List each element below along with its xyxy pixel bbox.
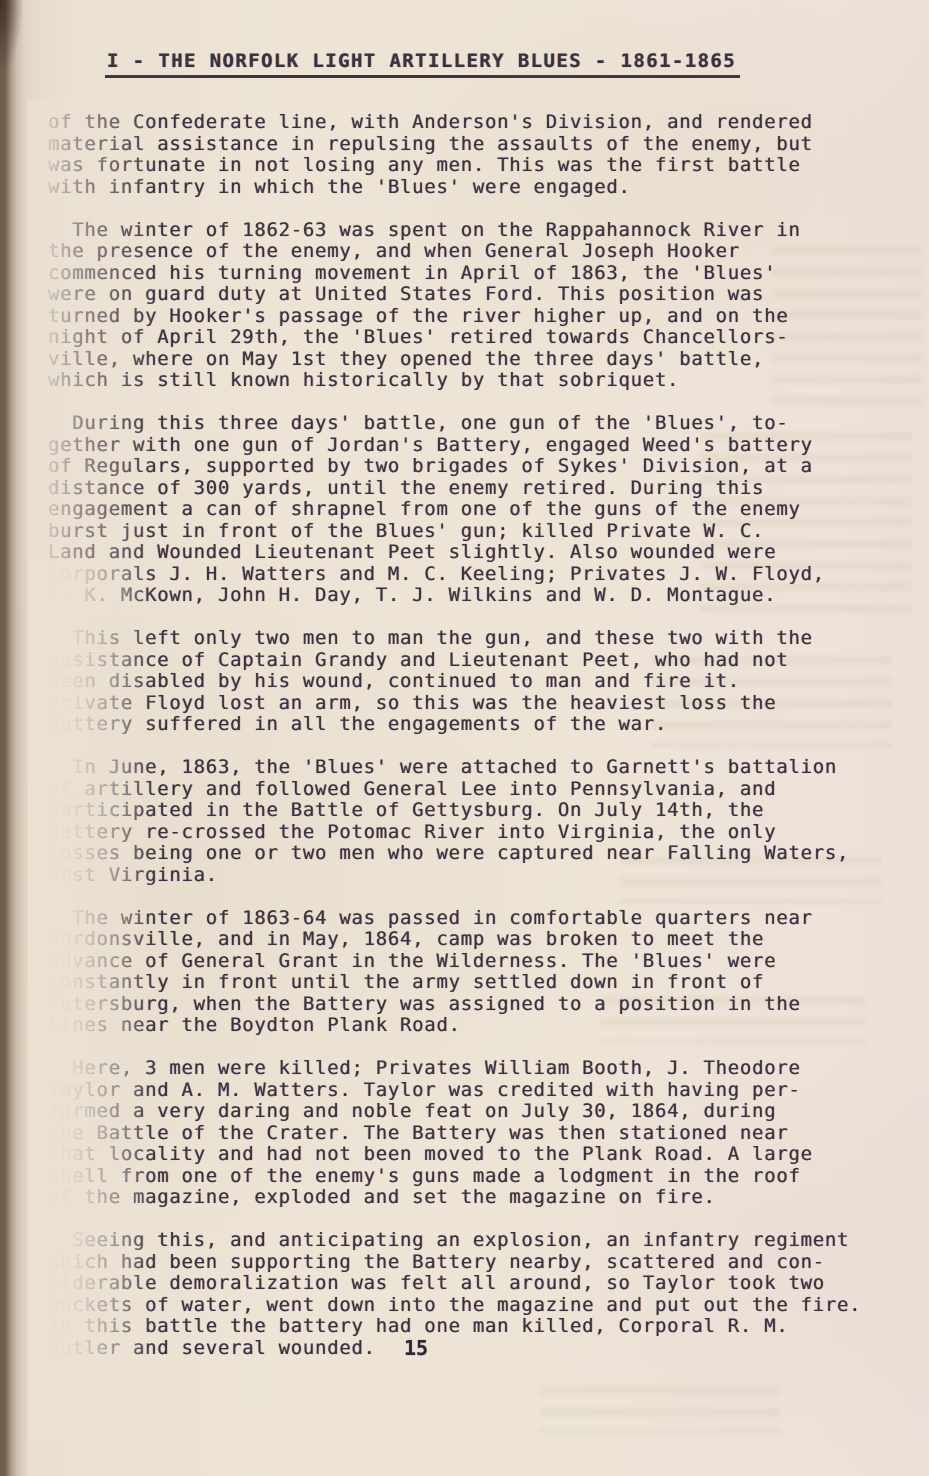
body-paragraph: This left only two men to man the gun, a…: [48, 628, 896, 736]
bleedthrough-smudge: [540, 1386, 780, 1434]
page-number: 15: [404, 1336, 428, 1360]
page-edge-shadow: [0, 0, 26, 1476]
body-paragraph: During this three days' battle, one gun …: [48, 413, 896, 607]
scanned-book-page: { "page": { "chapter_title": "I - THE NO…: [0, 0, 929, 1476]
body-paragraph: The winter of 1862-63 was spent on the R…: [48, 220, 896, 392]
body-paragraph: In June, 1863, the 'Blues' were attached…: [48, 757, 896, 886]
body-paragraph: Seeing this, and anticipating an explosi…: [48, 1230, 896, 1359]
page-corner-shadow: [0, 0, 22, 70]
body-paragraph: The winter of 1863-64 was passed in comf…: [48, 908, 896, 1037]
chapter-title: I - THE NORFOLK LIGHT ARTILLERY BLUES - …: [105, 50, 740, 78]
page-body: of the Confederate line, with Anderson's…: [48, 112, 896, 1359]
body-paragraph: Here, 3 men were killed; Privates Willia…: [48, 1058, 896, 1209]
body-paragraph: of the Confederate line, with Anderson's…: [48, 112, 896, 198]
